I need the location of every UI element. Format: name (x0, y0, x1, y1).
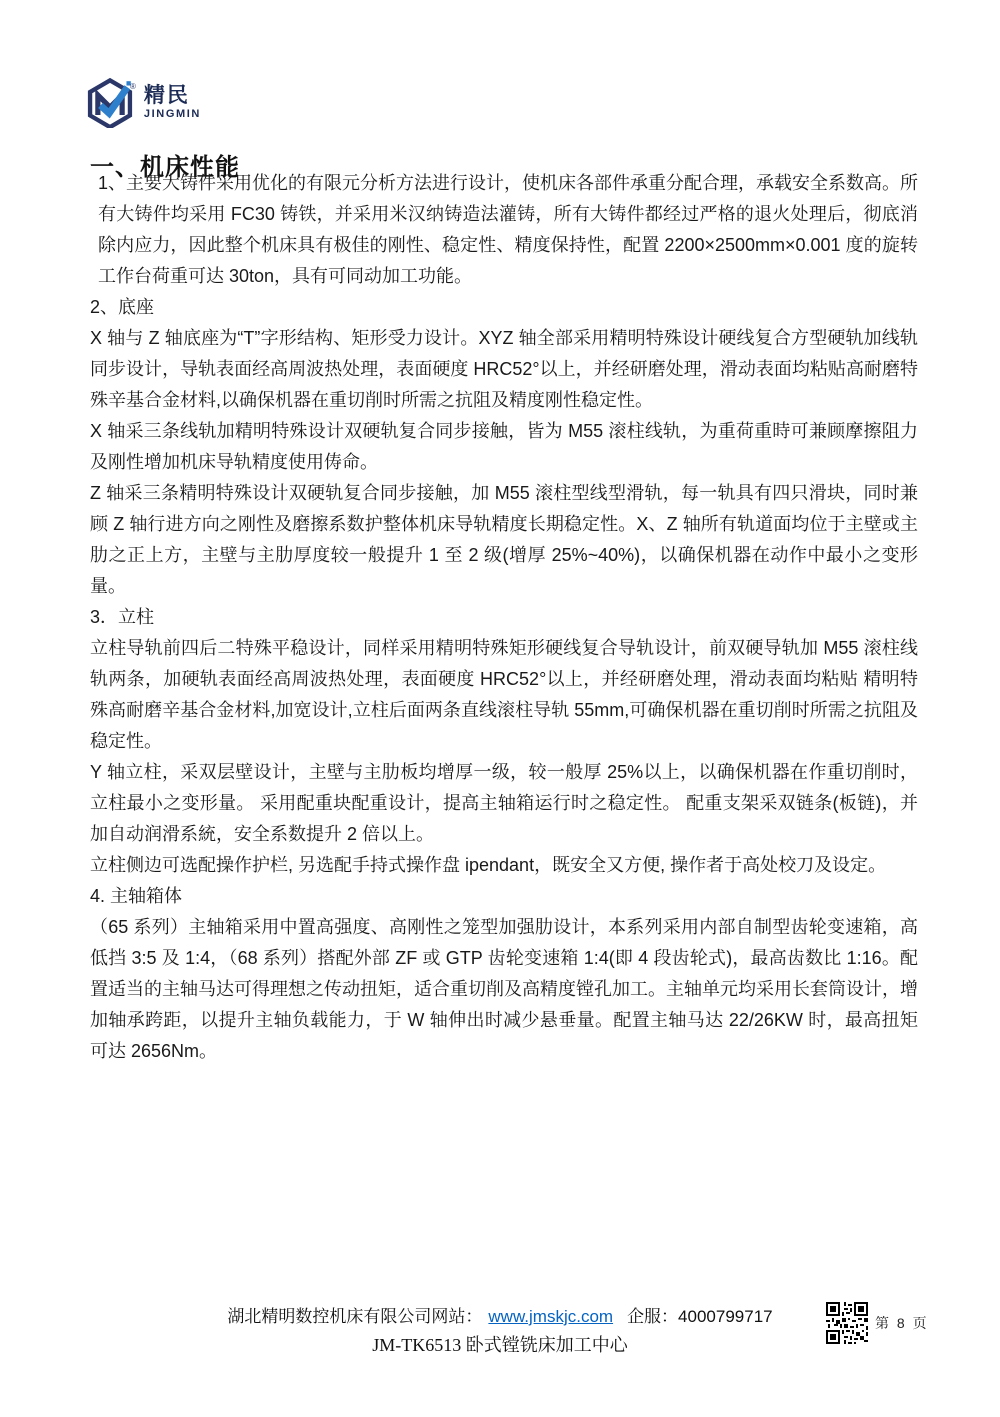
section-label-base: 2、底座 (90, 292, 918, 323)
paragraph-x-axis: X 轴采三条线轨加精明特殊设计双硬轨复合同步接触，皆为 M55 滚柱线轨，为重荷… (90, 416, 918, 478)
page-info: 第 8 页 (826, 1302, 929, 1344)
company-logo: ® 精民 JINGMIN (84, 76, 201, 128)
paragraph-base-design: X 轴与 Z 轴底座为“T”字形结构、矩形受力设计。XYZ 轴全部采用精明特殊设… (90, 323, 918, 416)
footer-service-phone: 企服：4000799717 (627, 1307, 773, 1326)
paragraph-column-rails: 立柱导轨前四后二特殊平稳设计，同样采用精明特殊矩形硬线复合导轨设计，前双硬导轨加… (90, 633, 918, 757)
page-number: 第 8 页 (875, 1313, 929, 1333)
paragraph-y-axis-column: Y 轴立柱，采双层壁设计，主壁与主肋板均增厚一级，较一般厚 25%以上，以确保机… (90, 757, 918, 850)
brand-name-en: JINGMIN (144, 109, 201, 120)
document-page: ® 精民 JINGMIN 一、机床性能 1、主要大铸件采用优化的有限元分析方法进… (0, 0, 1000, 1417)
paragraph-column-options: 立柱侧边可选配操作护栏, 另选配手持式操作盘 ipendant，既安全又方便, … (90, 850, 918, 881)
paragraph-headstock: （65 系列）主轴箱采用中置高强度、高刚性之笼型加强肋设计，本系列采用内部自制型… (90, 912, 918, 1067)
document-body: 1、主要大铸件采用优化的有限元分析方法进行设计，使机床各部件承重分配合理，承载安… (90, 168, 918, 1067)
paragraph-castings: 1、主要大铸件采用优化的有限元分析方法进行设计，使机床各部件承重分配合理，承载安… (90, 168, 918, 292)
logo-hexagon-icon (84, 76, 136, 128)
website-link[interactable]: www.jmskjc.com (488, 1307, 613, 1326)
footer-company-label: 湖北精明数控机床有限公司网站： (227, 1307, 482, 1326)
section-label-headstock: 4. 主轴箱体 (90, 881, 918, 912)
logo-wordmark: 精民 JINGMIN (144, 85, 201, 120)
qr-code-icon (826, 1302, 868, 1344)
registered-trademark-icon: ® (130, 82, 136, 91)
brand-name-cn: 精民 (144, 85, 201, 106)
paragraph-z-axis: Z 轴采三条精明特殊设计双硬轨复合同步接触，加 M55 滚柱型线型滑轨，每一轨具… (90, 478, 918, 602)
section-label-column: 3．立柱 (90, 602, 918, 633)
